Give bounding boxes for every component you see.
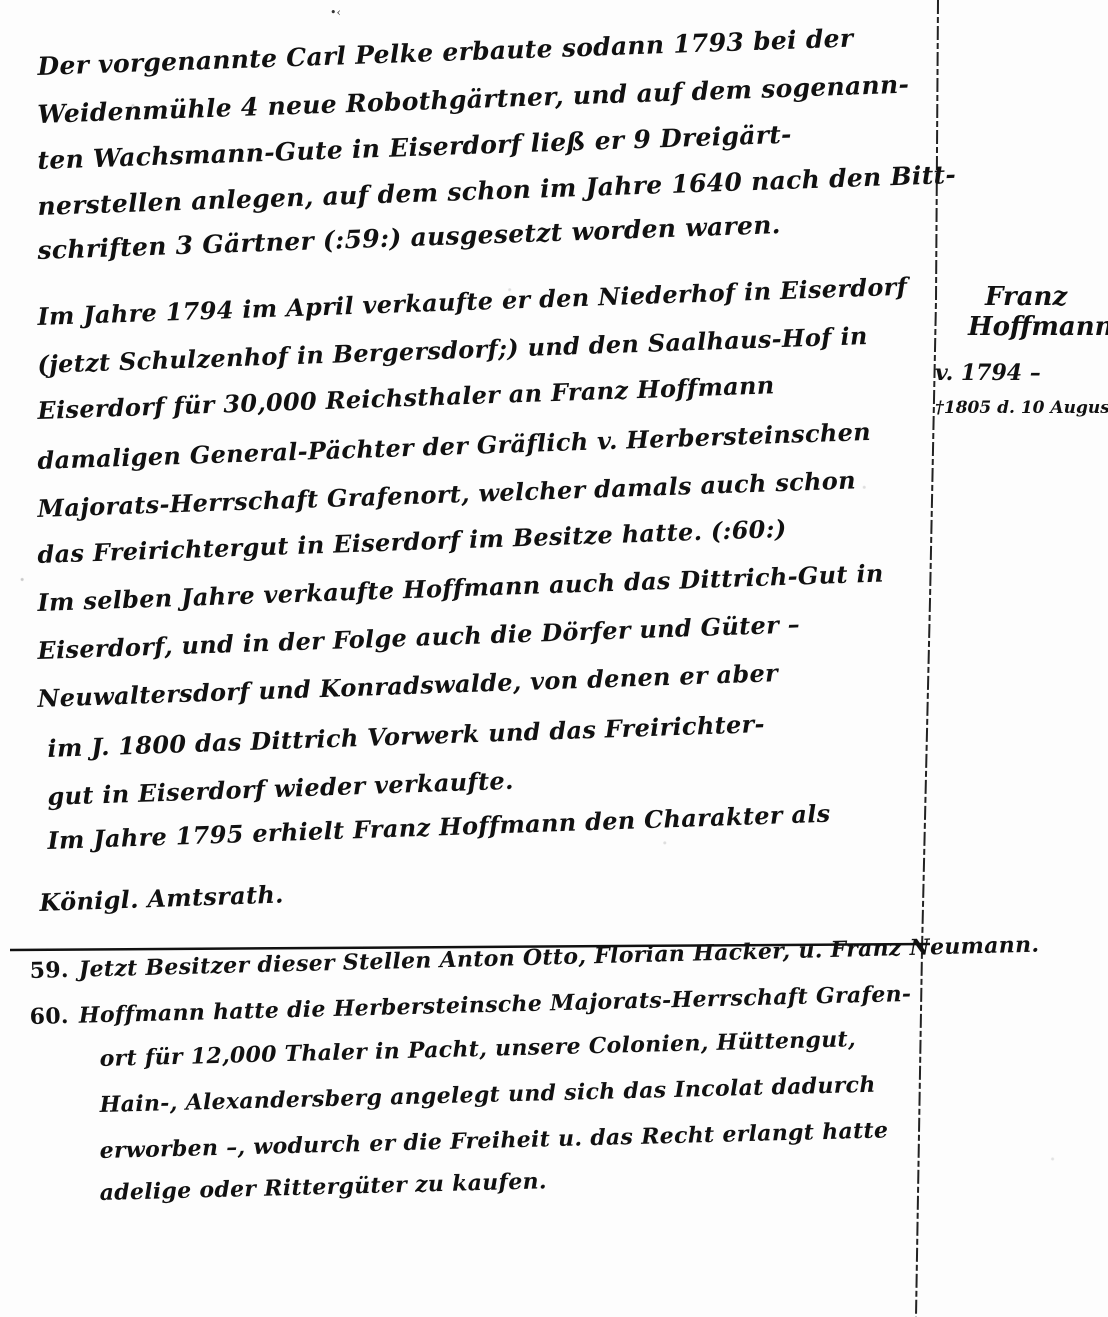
margin-note-acquired: v. 1794 – <box>935 360 1041 386</box>
footnote-number: 60. <box>29 1003 69 1030</box>
text-line: im J. 1800 das Dittrich Vorwerk und das … <box>47 709 765 763</box>
margin-note-firstname: Franz <box>985 282 1067 312</box>
footnote-text: Jetzt Besitzer dieser Stellen Anton Otto… <box>78 932 1039 983</box>
text-line: (jetzt Schulzenhof in Bergersdorf;) und … <box>37 321 868 379</box>
text-line: schriften 3 Gärtner (:59:) ausgesetzt wo… <box>37 210 781 265</box>
footnote-text: erworben –, wodurch er die Freiheit u. d… <box>99 1117 888 1164</box>
text-line: Neuwaltersdorf und Konradswalde, von den… <box>37 658 778 713</box>
text-line: ten Wachsmann-Gute in Eiserdorf ließ er … <box>37 120 792 175</box>
margin-note-surname: Hoffmann <box>968 312 1108 342</box>
text-line: das Freirichtergut in Eiserdorf im Besit… <box>37 514 787 569</box>
text-line: Majorats-Herrschaft Grafenort, welcher d… <box>37 465 856 523</box>
footnote-number: 59. <box>29 957 69 984</box>
text-line: gut in Eiserdorf wieder verkaufte. <box>47 766 514 811</box>
footnote-text: Hoffmann hatte die Herbersteinsche Major… <box>78 981 911 1029</box>
text-line: Im Jahre 1794 im April verkaufte er den … <box>37 272 908 331</box>
text-line: Eiserdorf für 30,000 Reichsthaler an Fra… <box>37 370 775 425</box>
footnote-59: 59.Jetzt Besitzer dieser Stellen Anton O… <box>29 932 1039 984</box>
text-line: Der vorgenannte Carl Pelke erbaute sodan… <box>37 24 854 81</box>
margin-note-death: †1805 d. 10 August <box>935 398 1108 418</box>
text-line: Im selben Jahre verkaufte Hoffmann auch … <box>37 558 884 617</box>
footnote-60: 60.Hoffmann hatte die Herbersteinsche Ma… <box>29 981 911 1030</box>
manuscript-page: •‹ Der vorgenannte Carl Pelke erbaute so… <box>0 0 1108 1317</box>
text-line: Im Jahre 1795 erhielt Franz Hoffmann den… <box>47 799 831 855</box>
text-line: damaligen General-Pächter der Gräflich v… <box>37 417 871 475</box>
footnote-text: Hain-, Alexandersberg angelegt und sich … <box>99 1072 876 1118</box>
footnote-text: adelige oder Rittergüter zu kaufen. <box>99 1168 547 1206</box>
text-line: Eiserdorf, und in der Folge auch die Dör… <box>37 609 800 665</box>
svg-text:•‹: •‹ <box>330 6 341 19</box>
footnote-text: ort für 12,000 Thaler in Pacht, unsere C… <box>99 1026 856 1072</box>
text-line: Königl. Amtsrath. <box>39 879 284 917</box>
